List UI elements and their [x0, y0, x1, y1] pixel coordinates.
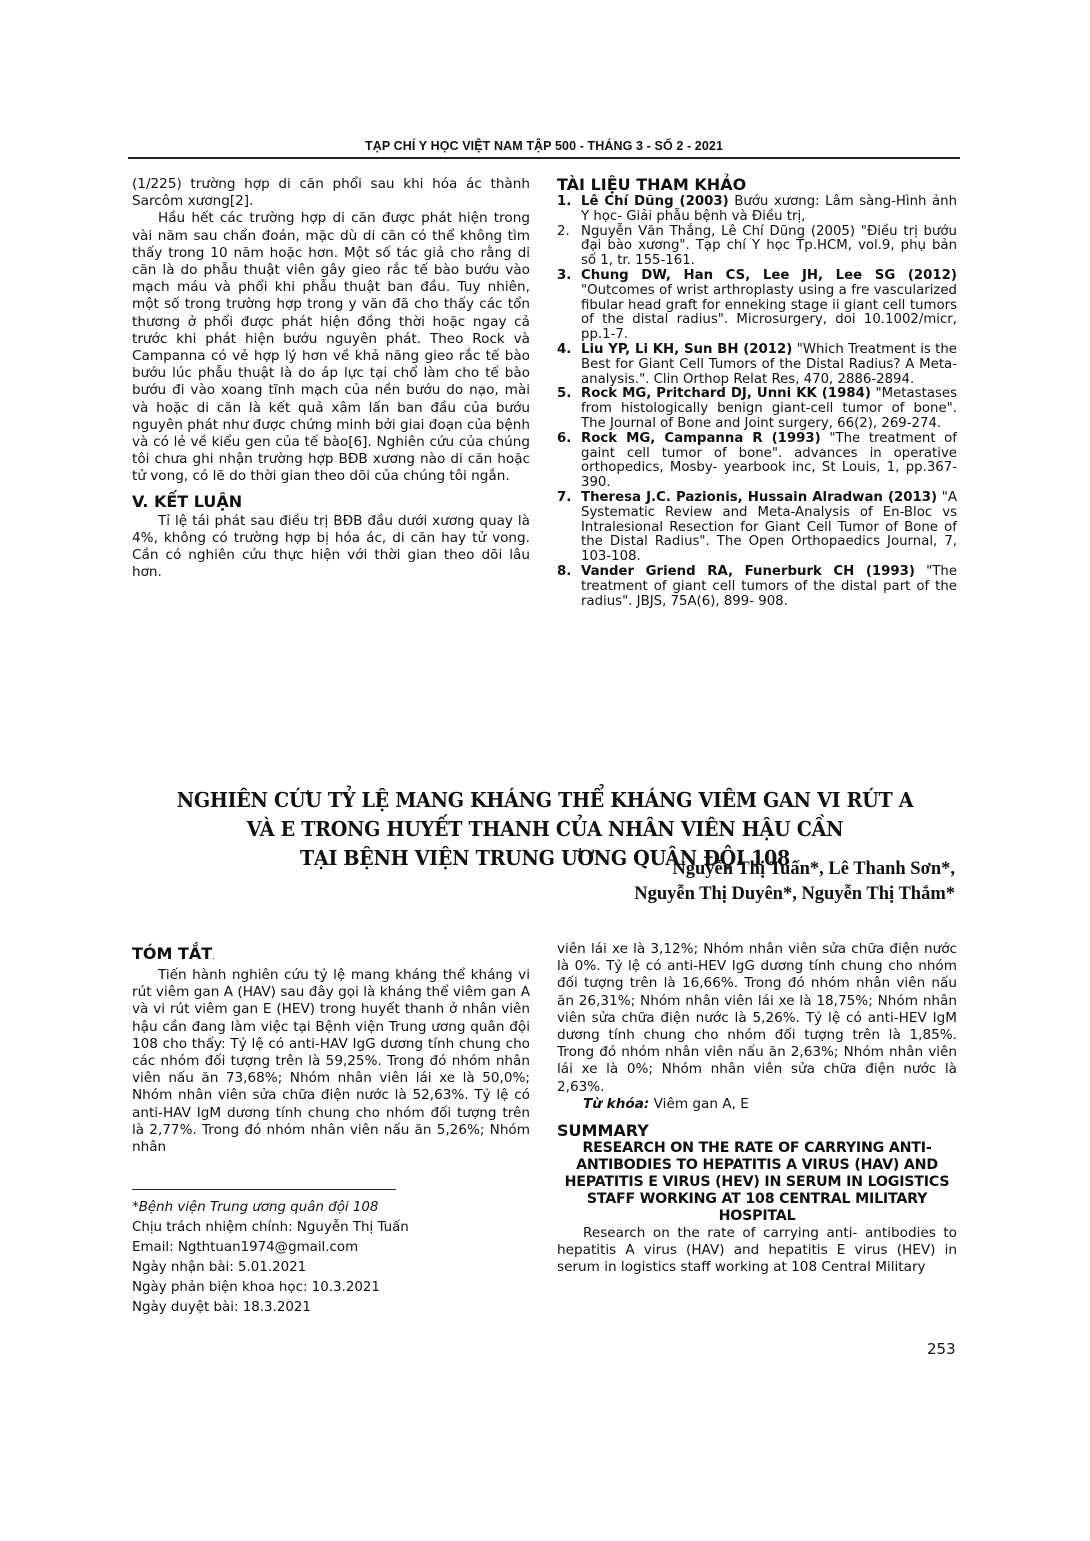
prev-article-left-column: (1/225) trường hợp di căn phổi sau khi h…	[132, 176, 530, 581]
reference-number: 3.	[557, 269, 581, 284]
reference-authors: Vander Griend RA, Funerburk CH (1993)	[581, 564, 915, 579]
paragraph: (1/225) trường hợp di căn phổi sau khi h…	[132, 176, 530, 210]
reference-item: 6.Rock MG, Campanna R (1993) "The treatm…	[557, 432, 957, 491]
conclusion-text: Tỉ lệ tái phát sau điều trị BĐB đầu dưới…	[132, 513, 530, 582]
reference-number: 4.	[557, 343, 581, 358]
header-rule	[128, 157, 960, 159]
reference-number: 7.	[557, 491, 581, 506]
references-section: TÀI LIỆU THAM KHẢO 1.Lê Chí Dũng (2003) …	[557, 176, 957, 609]
abstract-heading-text: TÓM TẮT	[132, 944, 212, 963]
article-authors: Nguyễn Thị Tuấn*, Lê Thanh Sơn*, Nguyễn …	[500, 857, 955, 907]
reference-item: 3.Chung DW, Han CS, Lee JH, Lee SG (2012…	[557, 269, 957, 343]
reference-text: "Outcomes of wrist arthroplasty using a …	[581, 283, 957, 342]
abstract-text: Tiến hành nghiên cứu tỷ lệ mang kháng th…	[132, 967, 530, 1156]
reference-number: 1.	[557, 195, 581, 210]
reference-authors: Theresa J.C. Pazionis, Hussain Alradwan …	[581, 490, 937, 505]
references-heading: TÀI LIỆU THAM KHẢO	[557, 176, 957, 194]
author-line: Nguyễn Thị Tuấn*, Lê Thanh Sơn*,	[500, 857, 955, 882]
reference-authors: Rock MG, Campanna R (1993)	[581, 431, 821, 446]
page-number: 253	[927, 1340, 956, 1358]
abstract-text-continued: viên lái xe là 3,12%; Nhóm nhân viên sửa…	[557, 941, 957, 1096]
reference-item: 7.Theresa J.C. Pazionis, Hussain Alradwa…	[557, 491, 957, 565]
reference-authors: Rock MG, Pritchard DJ, Unni KK (1984)	[581, 386, 871, 401]
reference-authors: Lê Chí Dũng (2003)	[581, 194, 729, 209]
article-title-line: VÀ E TRONG HUYẾT THANH CỦA NHÂN VIÊN HẬU…	[159, 815, 931, 844]
footnote-rule	[132, 1189, 396, 1190]
abstract-heading-suffix: .	[212, 952, 215, 961]
reference-authors: Liu YP, Li KH, Sun BH (2012)	[581, 342, 792, 357]
abstract-heading: TÓM TẮT.	[132, 944, 530, 967]
author-line: Nguyễn Thị Duyên*, Nguyễn Thị Thắm*	[500, 882, 955, 907]
reference-authors: Chung DW, Han CS, Lee JH, Lee SG (2012)	[581, 268, 957, 283]
abstract-right-column: viên lái xe là 3,12%; Nhóm nhân viên sửa…	[557, 941, 957, 1277]
keywords: Từ khóa: Viêm gan A, E	[557, 1096, 957, 1113]
approved-date: Ngày duyệt bài: 18.3.2021	[132, 1298, 532, 1318]
reference-number: 6.	[557, 432, 581, 447]
reference-item: 1.Lê Chí Dũng (2003) Bướu xương: Lâm sàn…	[557, 195, 957, 225]
reference-number: 2.	[557, 225, 581, 240]
responsible-author: Chịu trách nhiệm chính: Nguyễn Thị Tuấn	[132, 1218, 532, 1238]
article-title-line: NGHIÊN CỨU TỶ LỆ MANG KHÁNG THỂ KHÁNG VI…	[159, 786, 931, 815]
reference-item: 5.Rock MG, Pritchard DJ, Unni KK (1984) …	[557, 387, 957, 431]
summary-title: RESEARCH ON THE RATE OF CARRYING ANTI-AN…	[557, 1140, 957, 1225]
running-header: TẠP CHÍ Y HỌC VIỆT NAM TẬP 500 - THÁNG 3…	[128, 139, 960, 153]
keywords-label: Từ khóa:	[583, 1096, 649, 1112]
received-date: Ngày nhận bài: 5.01.2021	[132, 1258, 532, 1278]
keywords-value: Viêm gan A, E	[649, 1096, 748, 1112]
reference-item: 4.Liu YP, Li KH, Sun BH (2012) "Which Tr…	[557, 343, 957, 387]
email: Email: Ngthtuan1974@gmail.com	[132, 1238, 532, 1258]
abstract-left-column: TÓM TẮT. Tiến hành nghiên cứu tỷ lệ mang…	[132, 944, 530, 1156]
reference-item: 2.Nguyễn Văn Thắng, Lê Chí Dũng (2005) "…	[557, 225, 957, 269]
reviewed-date: Ngày phản biện khoa học: 10.3.2021	[132, 1278, 532, 1298]
affiliation: *Bệnh viện Trung ương quân đội 108	[132, 1198, 532, 1218]
footnotes: *Bệnh viện Trung ương quân đội 108 Chịu …	[132, 1198, 532, 1318]
reference-text: Nguyễn Văn Thắng, Lê Chí Dũng (2005) "Đi…	[581, 224, 957, 269]
summary-heading: SUMMARY	[557, 1121, 957, 1140]
reference-number: 8.	[557, 565, 581, 580]
reference-item: 8.Vander Griend RA, Funerburk CH (1993) …	[557, 565, 957, 609]
conclusion-heading: V. KẾT LUẬN	[132, 492, 530, 512]
paragraph: Hầu hết các trường hợp di căn được phát …	[132, 210, 530, 485]
summary-text: Research on the rate of carrying anti- a…	[557, 1225, 957, 1277]
reference-number: 5.	[557, 387, 581, 402]
